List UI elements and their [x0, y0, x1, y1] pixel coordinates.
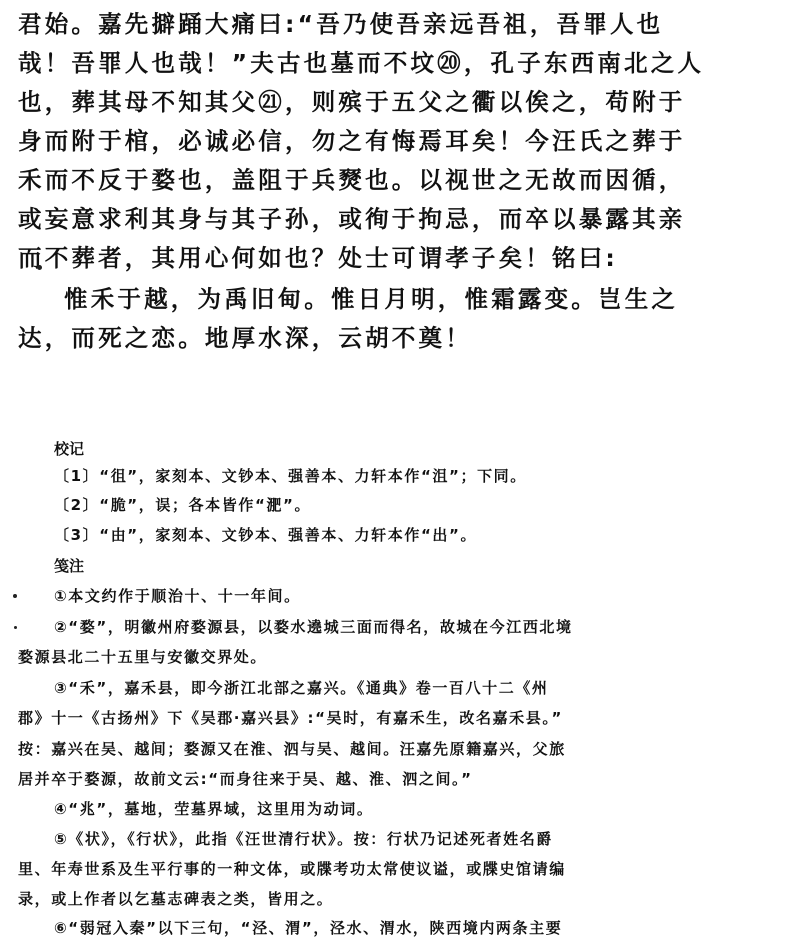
annotation-line-2: ②“婺”，明徽州府婺源县，以婺水遶城三面而得名，故城在今江西北境 [54, 617, 573, 637]
annotation-line-10: 里、年寿世系及生平行事的一种文体，或牒考功太常使议谥，或牒史馆请编 [18, 859, 566, 879]
main-line-9: 达，而死之恋。地厚水深，云胡不奠！ [18, 324, 472, 352]
main-line-7: 而不葬者，其用心何如也？处士可谓孝子矣！铭曰: [18, 244, 618, 272]
main-line-4: 身而附于棺，必诚必信，勿之有悔焉耳矣！今汪氏之葬于 [18, 127, 686, 155]
collation-item-2: 〔2〕“脆”，误；各本皆作“淝”。 [54, 495, 311, 515]
annotation-line-9: ⑤《状》，《行状》，此指《汪世清行状》。按：行状乃记述死者姓名爵 [54, 829, 553, 849]
annotation-line-3: 婺源县北二十五里与安徽交界处。 [18, 647, 267, 667]
annotation-line-11: 录，或上作者以乞墓志碑表之类，皆用之。 [18, 889, 333, 909]
scan-speck [13, 594, 17, 598]
main-line-8: 惟禾于越，为禹旧甸。惟日月明，惟霜露变。岂生之 [64, 285, 678, 313]
main-line-5: 禾而不反于婺也，盖阻于兵燹也。以视世之无故而因循， [18, 166, 686, 194]
annotation-heading: 笺注 [54, 555, 84, 576]
main-line-3: 也，葬其母不知其父㉑，则殡于五父之衢以俟之，苟附于 [18, 88, 686, 116]
main-line-1: 君始。嘉先擗踊大痛曰:“吾乃使吾亲远吾祖，吾罪人也 [18, 10, 663, 38]
scan-speck [14, 626, 17, 629]
annotation-line-7: 居并卒于婺源，故前文云:“而身往来于吴、越、淮、泗之间。” [18, 769, 473, 789]
collation-heading: 校记 [54, 438, 84, 459]
collation-item-1: 〔1〕“徂”，家刻本、文钞本、强善本、力轩本作“沮”；下同。 [54, 466, 527, 486]
annotation-line-12: ⑥“弱冠入秦”以下三句，“泾、渭”，泾水、渭水，陕西境内两条主要 [54, 918, 562, 938]
annotation-line-8: ④“兆”，墓地，茔墓界域，这里用为动词。 [54, 799, 373, 819]
annotation-line-5: 郡》十一《古扬州》下《吴郡·嘉兴县》:“吴时，有嘉禾生，改名嘉禾县。” [18, 708, 563, 728]
collation-item-3: 〔3〕“由”，家刻本、文钞本、强善本、力轩本作“出”。 [54, 525, 477, 545]
main-line-6: 或妄意求利其身与其子孙，或徇于拘忌，而卒以暴露其亲 [18, 205, 686, 233]
scan-speck [37, 265, 42, 270]
annotation-line-1: ①本文约作于顺治十、十一年间。 [54, 586, 301, 606]
annotation-line-6: 按：嘉兴在吴、越间；婺源又在淮、泗与吴、越间。汪嘉先原籍嘉兴，父旅 [18, 739, 566, 759]
annotation-line-4: ③“禾”，嘉禾县，即今浙江北部之嘉兴。《通典》卷一百八十二《州 [54, 678, 549, 698]
main-line-2: 哉！吾罪人也哉！”夫古也墓而不坟⑳，孔子东西南北之人 [18, 49, 704, 77]
